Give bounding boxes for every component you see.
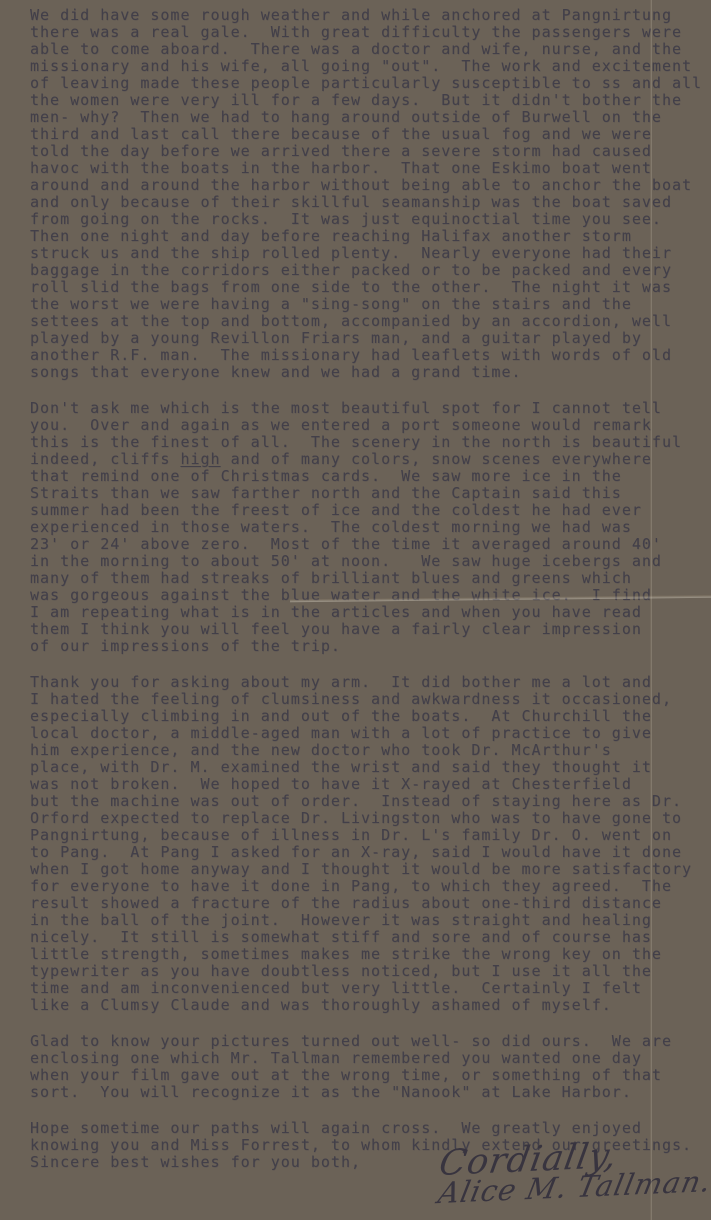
letter-page: We did have some rough weather and while… xyxy=(0,0,711,1220)
paragraph-pictures: Glad to know your pictures turned out we… xyxy=(30,1033,707,1101)
paragraph-arm-injury: Thank you for asking about my arm. It di… xyxy=(30,674,707,1014)
paragraph-2-text-after: and of many colors, snow scenes everywhe… xyxy=(30,450,662,655)
handwritten-signature: Cordially, Alice M. Tallman. xyxy=(439,1132,711,1210)
paragraph-beautiful-spot: Don't ask me which is the most beautiful… xyxy=(30,400,707,655)
underlined-word-high: high xyxy=(180,450,220,468)
paragraph-rough-weather: We did have some rough weather and while… xyxy=(30,7,707,381)
